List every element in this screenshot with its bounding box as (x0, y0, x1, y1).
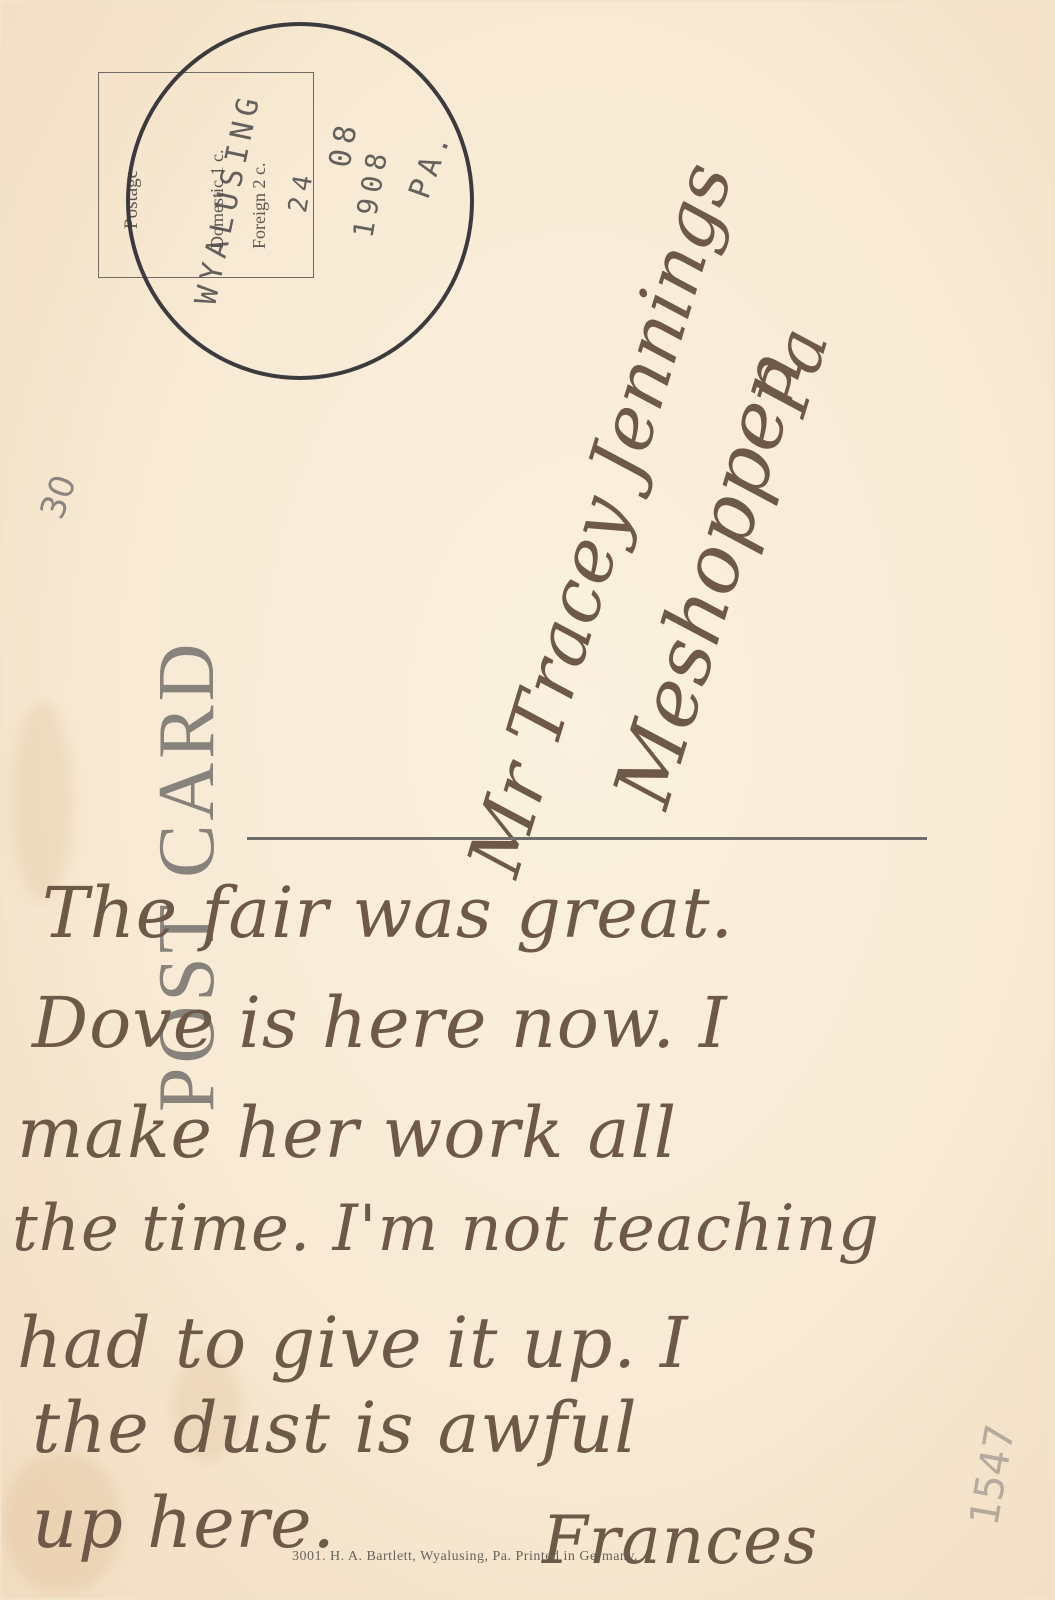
pencil-note-right: 1547 (961, 1421, 1024, 1529)
message-line: Dove is here now. I (32, 982, 728, 1064)
address-divider (247, 837, 927, 840)
signature: Frances (542, 1502, 818, 1579)
message-line: had to give it up. I (17, 1302, 689, 1384)
postmark-circle: WYALUSING PA. 24 08 1908 (126, 22, 474, 380)
postmark-date: 24 (283, 167, 320, 215)
printer-imprint: 3001. H. A. Bartlett, Wyalusing, Pa. Pri… (292, 1549, 638, 1565)
postmark-state: PA. (402, 124, 460, 204)
message-line: The fair was great. (42, 872, 734, 954)
postmark-town: WYALUSING (189, 89, 268, 308)
pencil-note-left: 30 (32, 470, 84, 524)
message-line: make her work all (17, 1092, 677, 1174)
message-line: up here. (32, 1482, 336, 1564)
message-line: the time. I'm not teaching (12, 1192, 880, 1266)
postcard-back: Postage Domestic 1 c. Foreign 2 c. WYALU… (2, 2, 1053, 1598)
message-line: the dust is awful (32, 1387, 638, 1469)
